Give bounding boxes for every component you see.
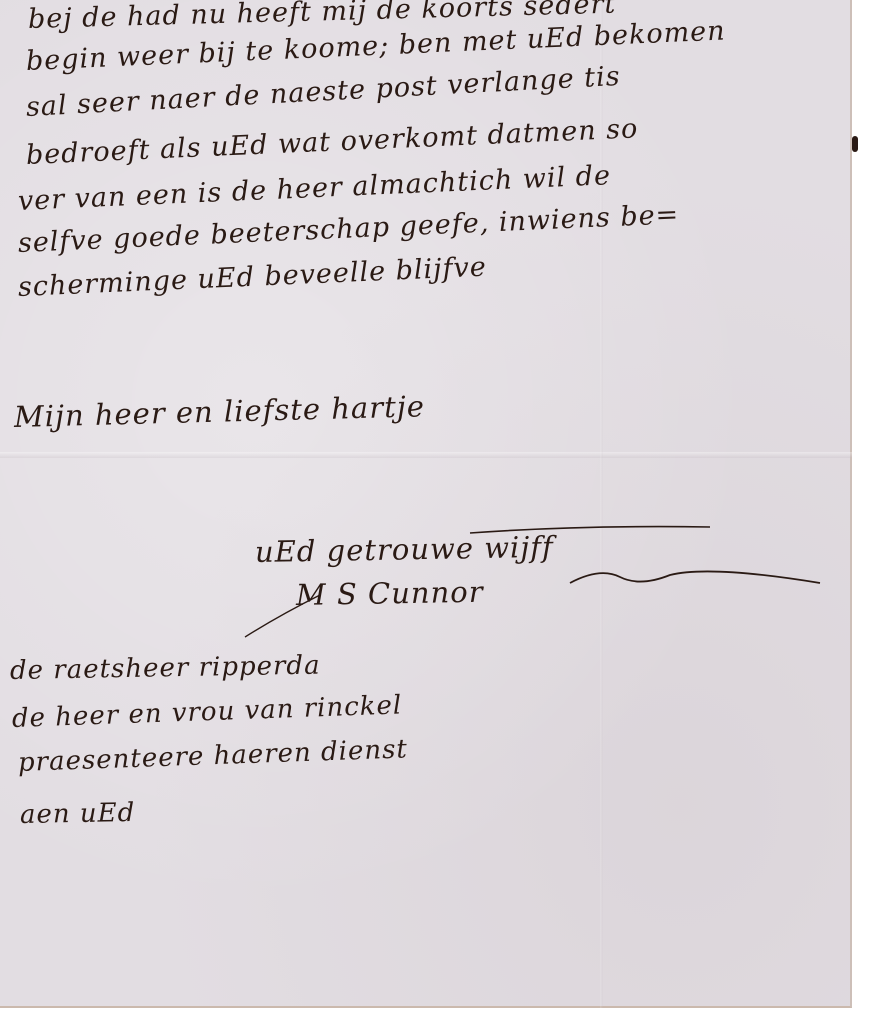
postscript-line-2: de heer en vrou van rinckel [11,690,402,734]
vertical-fold-crease [600,0,603,1008]
letter-paper: bej de had nu heeft mij de koorts sedert… [0,0,852,1008]
ink-blot [852,136,858,152]
postscript-line-1: de raetsheer ripperda [10,651,321,686]
postscript-line-4: aen uEd [20,798,136,830]
postscript-line-3: praesenteere haeren dienst [17,734,408,778]
horizontal-fold-crease [0,452,852,458]
salutation: Mijn heer en liefste hartje [14,389,426,434]
letter-body-line-7: scherminge uEd beveelle blijfve [17,252,487,303]
page: bej de had nu heeft mij de koorts sedert… [0,0,872,1024]
signature-flourish [240,505,840,645]
